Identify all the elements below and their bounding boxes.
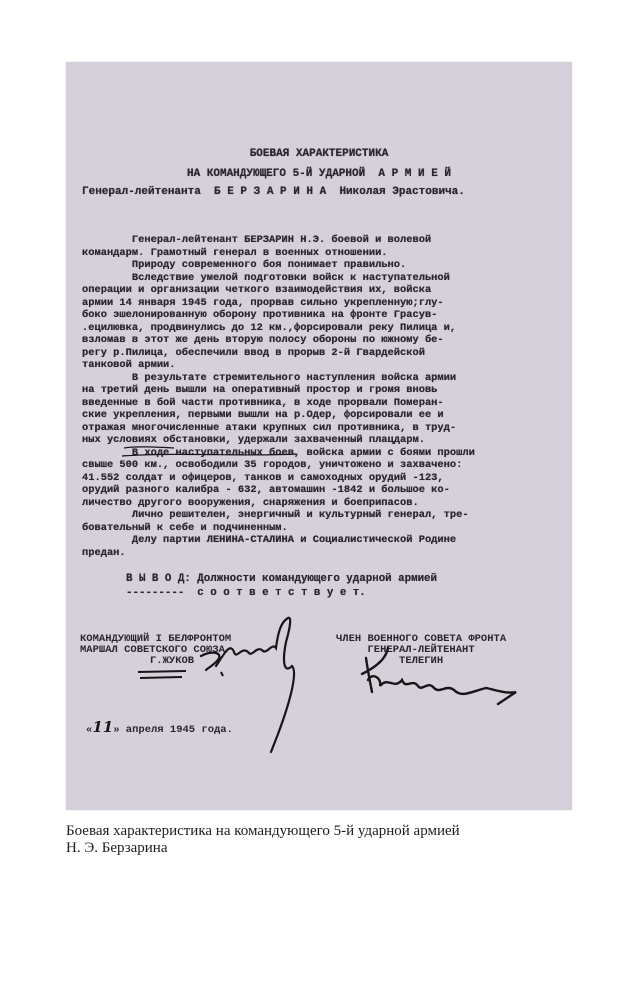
body-line: .ецилювка, продвинулись до 12 км.,форсир… <box>82 322 562 335</box>
conclusion-verdict: --------- с о о т в е т с т в у е т. <box>126 586 437 600</box>
body-line: ных условиях обстановки, удержали захвач… <box>82 434 562 447</box>
document-date: «11» апреля 1945 года. <box>86 718 233 736</box>
body-line: В ходе наступательных боев, войска армии… <box>82 447 562 460</box>
signature-block-commander: КОМАНДУЮЩИЙ I БЕЛФРОНТОМ МАРШАЛ СОВЕТСКО… <box>80 634 231 667</box>
body-line: свыше 500 км., освободили 35 городов, ун… <box>82 459 562 472</box>
body-line: введенные в бой части противника, в ходе… <box>82 397 562 410</box>
body-line: Природу современного боя понимает правил… <box>82 259 562 272</box>
date-day-handwritten: 11 <box>92 718 113 736</box>
body-line: Генерал-лейтенант БЕРЗАРИН Н.Э. боевой и… <box>82 234 562 247</box>
signature-block-council-member: ЧЛЕН ВОЕННОГО СОВЕТА ФРОНТА ГЕНЕРАЛ-ЛЕЙТ… <box>336 634 506 667</box>
signature-zhukov-dot <box>221 672 223 676</box>
body-line: командарм. Грамотный генерал в военных о… <box>82 247 562 260</box>
body-line: танковой армии. <box>82 359 562 372</box>
body-line: предан. <box>82 547 562 560</box>
body-line: операции и организации четкого взаимодей… <box>82 284 562 297</box>
body-line: армии 14 января 1945 года, прорвав сильн… <box>82 297 562 310</box>
body-line: личество другого вооружения, снаряжения … <box>82 497 562 510</box>
body-line: Делу партии ЛЕНИНА-СТАЛИНА и Социалистич… <box>82 534 562 547</box>
body-line: Лично решителен, энергичный и культурный… <box>82 509 562 522</box>
underline-mark <box>140 677 182 678</box>
body-line: орудий разного калибра - 632, автомашин … <box>82 484 562 497</box>
body-line: Вследствие умелой подготовки войск к нас… <box>82 272 562 285</box>
document-title: БОЕВАЯ ХАРАКТЕРИСТИКА <box>66 148 572 160</box>
body-line: бовательный к себе и подчиненным. <box>82 522 562 535</box>
body-line: на третий день вышли на оперативный прос… <box>82 384 562 397</box>
body-line: В результате стремительного наступления … <box>82 372 562 385</box>
caption-line: Боевая характеристика на командующего 5-… <box>66 823 586 840</box>
underline-mark <box>138 671 186 672</box>
document-subtitle: НА КОМАНДУЮЩЕГО 5-Й УДАРНОЙ А Р М И Е Й <box>66 168 572 180</box>
document-subject-name: Генерал-лейтенанта Б Е Р З А Р И Н А Ник… <box>82 186 465 198</box>
body-line: взломав в этот же день вторую полосу обо… <box>82 334 562 347</box>
figure-caption: Боевая характеристика на командующего 5-… <box>66 823 586 857</box>
document-body: Генерал-лейтенант БЕРЗАРИН Н.Э. боевой и… <box>82 234 562 559</box>
body-line: боко эшелонированную оборону противника … <box>82 309 562 322</box>
body-line: 41.552 солдат и офицеров, танков и самох… <box>82 472 562 485</box>
body-line: ские укрепления, первыми вышли на р.Одер… <box>82 409 562 422</box>
signature-name: ТЕЛЕГИН <box>336 656 506 667</box>
conclusion-line: В Ы В О Д: Должности командующего ударно… <box>126 572 437 586</box>
body-line: отражая многочисленные атаки крупных сил… <box>82 422 562 435</box>
caption-line: Н. Э. Берзарина <box>66 840 586 857</box>
body-line: регу р.Пилица, обеспечили ввод в прорыв … <box>82 347 562 360</box>
document-photo: БОЕВАЯ ХАРАКТЕРИСТИКА НА КОМАНДУЮЩЕГО 5-… <box>66 62 572 810</box>
signature-name: Г.ЖУКОВ <box>80 656 231 667</box>
document-conclusion: В Ы В О Д: Должности командующего ударно… <box>126 572 437 600</box>
date-text: » апреля 1945 года. <box>113 724 233 736</box>
